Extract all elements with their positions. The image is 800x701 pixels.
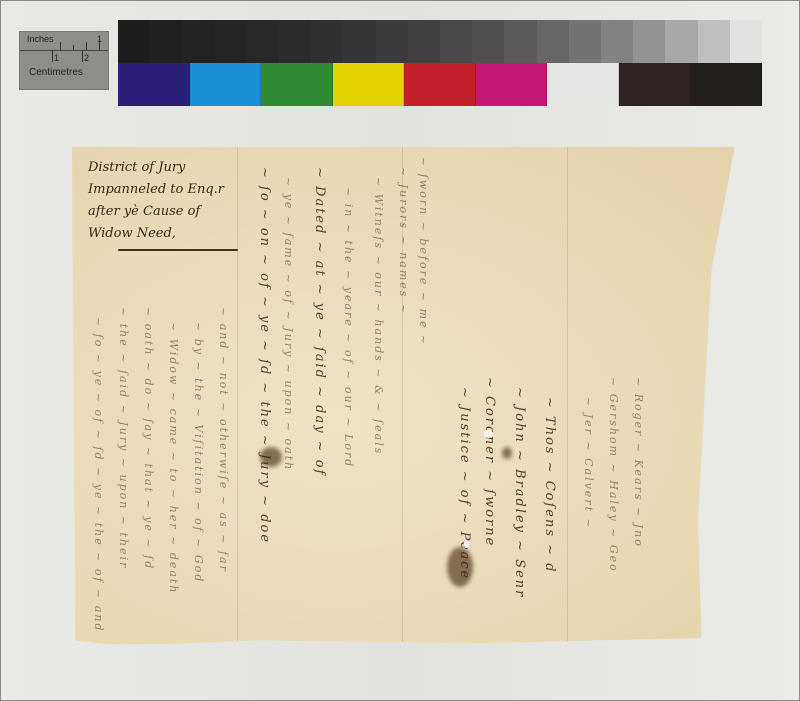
grey-step (537, 20, 569, 63)
scale-ruler: Inches 1 1 2 Centimetres (19, 31, 109, 90)
grey-step (440, 20, 472, 63)
paper-hole (464, 541, 469, 548)
bleed-through-text: ~ Roger ~ Kears ~ Jno (632, 377, 645, 607)
grey-step (472, 20, 504, 63)
bleed-through-text: ~ Coroner ~ ſworne (482, 377, 497, 607)
manuscript-page: District of Jury Impanneled to Enq.r aft… (72, 147, 738, 643)
bleed-through-text: ~ in ~ the ~ yeare ~ of ~ our ~ Lord (342, 187, 355, 607)
grey-step (698, 20, 730, 63)
tick (99, 38, 100, 50)
bleed-through-text: ~ ſo ~ ye ~ of ~ ſd ~ ye ~ the ~ of ~ an… (92, 317, 105, 617)
inches-label: Inches (27, 34, 54, 44)
bleed-through-text: ~ Dated ~ at ~ ye ~ ſaid ~ day ~ of (312, 167, 327, 617)
bleed-through-text: ~ ſo ~ on ~ of ~ ye ~ ſd ~ the ~ Jury ~ … (257, 167, 272, 617)
cm-mark-2: 2 (84, 53, 89, 63)
grey-step (569, 20, 601, 63)
tick (52, 50, 53, 62)
centimetres-label: Centimetres (29, 67, 83, 78)
tick (60, 42, 61, 50)
grey-step (633, 20, 665, 63)
ink-blot (502, 447, 512, 459)
color-patch-yellow (333, 63, 405, 106)
bleed-through-text: ~ ſworn ~ before ~ me ~ (417, 157, 430, 387)
grey-step (601, 20, 633, 63)
bleed-through-text: ~ ye ~ ſame ~ of ~ Jury ~ upon ~ oath (282, 177, 295, 617)
bleed-through-text: ~ Widow ~ came ~ to ~ her ~ death (167, 322, 180, 622)
color-patch-black (691, 63, 763, 106)
color-patch-green (261, 63, 333, 106)
grey-step (730, 20, 762, 63)
color-target (118, 63, 762, 106)
docket-line-1: District of Jury (88, 157, 238, 179)
color-patch-white (547, 63, 619, 106)
bleed-through-text: ~ oath ~ do ~ ſay ~ that ~ ye ~ ſd (142, 307, 155, 627)
cm-mark-1: 1 (54, 53, 59, 63)
grey-step (504, 20, 536, 63)
bleed-through-text: ~ John ~ Bradley ~ Senr (512, 387, 527, 597)
color-patch-magenta (476, 63, 548, 106)
grey-step (150, 20, 182, 63)
grey-step (343, 20, 375, 63)
greyscale-target (118, 20, 762, 63)
bleed-through-text: ~ Thos ~ Coſens ~ d (542, 397, 557, 597)
underline-flourish (118, 249, 238, 251)
ink-blot (260, 447, 282, 467)
paper-hole (484, 430, 493, 438)
grey-step (408, 20, 440, 63)
grey-step (279, 20, 311, 63)
grey-step (665, 20, 697, 63)
grey-step (247, 20, 279, 63)
bleed-through-text: ~ Jurors ~ names ~ (397, 167, 410, 367)
grey-step (376, 20, 408, 63)
docket-line-2: Impanneled to Enq.r (88, 179, 238, 201)
docket-line-4: Widow Need, (88, 223, 238, 245)
grey-step (215, 20, 247, 63)
bleed-through-text: ~ Gershom ~ Haley ~ Geo (607, 377, 620, 597)
tick (73, 45, 74, 50)
bleed-through-text: ~ and ~ not ~ otherwiſe ~ as ~ far (217, 307, 230, 607)
docket-line-3: after yè Cause of (88, 201, 238, 223)
bleed-through-text: ~ Jer ~ Calvert ~ (582, 397, 595, 597)
bleed-through-text: ~ by ~ the ~ Viſitation ~ of ~ God (192, 322, 205, 612)
bleed-through-text: ~ Witneſs ~ our ~ hands ~ & ~ ſeals (372, 177, 385, 607)
ink-blot (447, 547, 473, 587)
grey-step (182, 20, 214, 63)
grey-step (118, 20, 150, 63)
color-patch-blue-violet (118, 63, 190, 106)
bleed-through-text: ~ the ~ ſaid ~ Jury ~ upon ~ their (117, 307, 130, 627)
fold-line (567, 147, 568, 643)
color-patch-cyan (190, 63, 262, 106)
color-patch-red (404, 63, 476, 106)
docket-heading: District of Jury Impanneled to Enq.r aft… (88, 157, 238, 251)
color-patch-dark-brown (619, 63, 691, 106)
tick (82, 50, 83, 62)
grey-step (311, 20, 343, 63)
tick (86, 42, 87, 50)
